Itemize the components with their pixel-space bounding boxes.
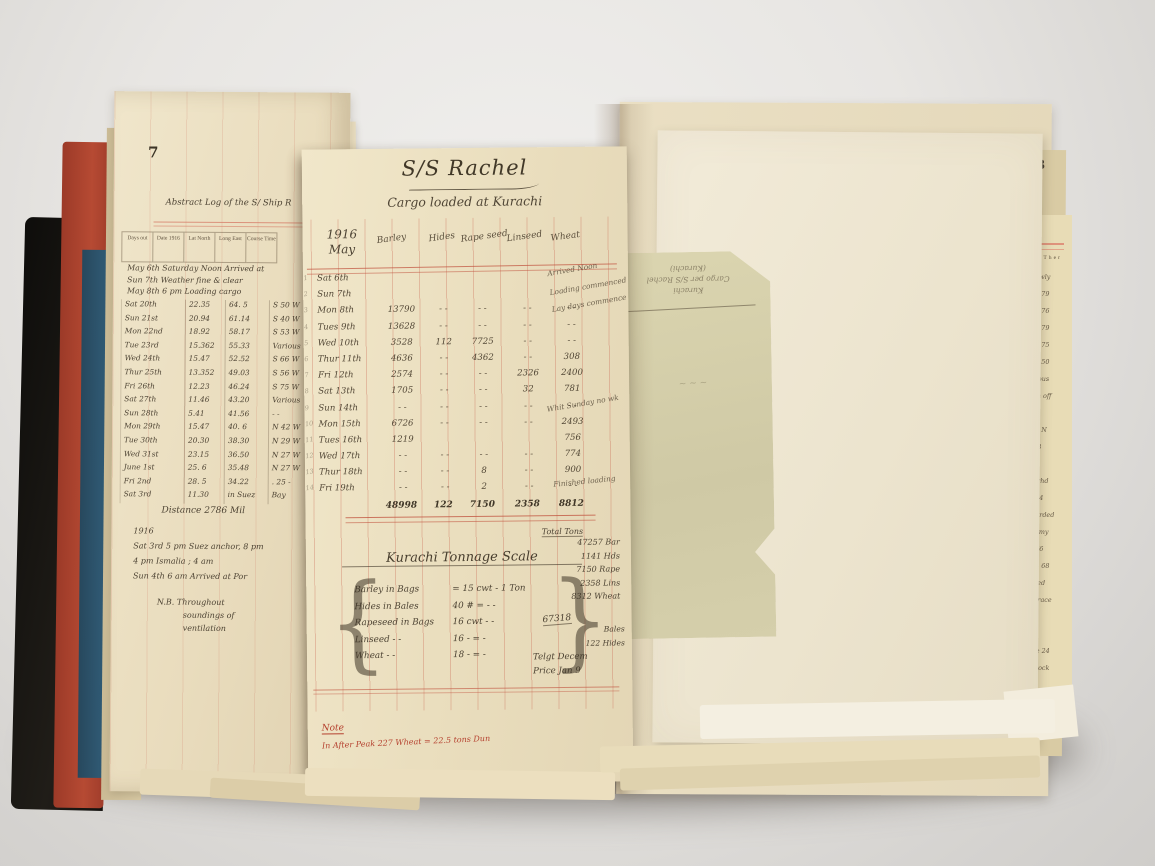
cargo-barley (375, 272, 427, 289)
cargo-hides (429, 434, 461, 451)
cargo-wheat: 756 (551, 433, 595, 450)
margin-mark: 14 (305, 483, 317, 501)
abstract-log-intro: May 6th Saturday Noon Arrived atSun 7th … (127, 263, 264, 298)
right-brace: } (550, 568, 610, 674)
cargo-rapeseed: 2 (461, 482, 507, 499)
cargo-wheat: 308 (550, 352, 594, 369)
footer-line: Sat 3rd 5 pm Suez anchor, 8 pm (133, 541, 263, 557)
log-date: Sat 20th (121, 299, 186, 313)
year: 1916 (326, 227, 357, 242)
cargo-hides: - - (429, 466, 461, 483)
log-row: Sat 3rd 11.30 in Suez Bay (120, 490, 328, 505)
log-date: June 1st (120, 462, 185, 476)
margin-mark: 2 (303, 289, 315, 307)
log-lat: 15.47 (186, 354, 226, 368)
cargo-linseed: - - (506, 336, 550, 353)
abstract-log-rows: Sat 20th 22.35 64. 5 S 50 W Sun 21st 20.… (120, 299, 329, 504)
log-long: 49.03 (225, 368, 269, 382)
log-row: Fri 2nd 28. 5 34.22 . 25 - (120, 476, 328, 491)
log-date: Tue 30th (120, 435, 185, 449)
tonnage-value: 18 - = - (453, 649, 543, 666)
page-number-7: 7 (148, 143, 159, 161)
tonnage-item: Linseed - - (355, 634, 453, 652)
tonnage-value: = 15 cwt - 1 Ton (452, 583, 542, 600)
cargo-linseed: 2326 (506, 368, 550, 385)
log-long: 52.52 (226, 354, 270, 368)
column-header: Course Time (246, 232, 277, 263)
margin-mark: 12 (305, 451, 317, 469)
log-lat: 13.352 (185, 368, 225, 382)
cargo-day: Wed 10th (316, 338, 376, 355)
tonnage-value: 16 cwt - - (453, 616, 543, 633)
tonnage-row: Wheat - - 18 - = - (355, 649, 543, 667)
cargo-wheat: - - (549, 319, 593, 336)
cargo-linseed: - - (507, 482, 551, 499)
cargo-hides (427, 272, 459, 289)
log-long: 38.30 (225, 436, 269, 450)
cargo-hides: - - (427, 304, 459, 321)
log-long: 58.17 (226, 327, 270, 341)
tonnage-row: Barley in Bags = 15 cwt - 1 Ton (354, 583, 542, 601)
log-lat: 12.23 (185, 381, 225, 395)
cargo-rapeseed (459, 288, 505, 305)
cargo-linseed: - - (505, 320, 549, 337)
margin-mark: 11 (305, 435, 317, 453)
red-note-block: Note In After Peak 227 Wheat = 22.5 tons… (322, 714, 491, 748)
totals-blank (317, 501, 375, 512)
log-date: Sun 28th (120, 408, 185, 422)
log-date: Thur 25th (120, 367, 185, 381)
nb-line: soundings of (183, 611, 235, 624)
cargo-hides (427, 288, 459, 305)
footer-line: 4 pm Ismalia ; 4 am (133, 556, 263, 572)
cargo-rapeseed: - - (460, 417, 506, 434)
margin-mark: 9 (304, 402, 316, 420)
cargo-hides: - - (428, 353, 460, 370)
cargo-subtitle: Cargo loaded at Kurachi (302, 192, 627, 210)
log-date: Sun 21st (121, 313, 186, 327)
cargo-rapeseed: - - (460, 369, 506, 386)
year-month-label: 1916 May (326, 227, 357, 257)
cargo-hides: - - (428, 369, 460, 386)
cargo-day: Wed 17th (317, 451, 377, 468)
cargo-rapeseed: - - (460, 401, 506, 418)
log-lat: 28. 5 (185, 476, 225, 490)
margin-mark: 8 (304, 386, 316, 404)
margin-mark: 1 (303, 273, 315, 291)
intro-line: May 6th Saturday Noon Arrived at (127, 263, 264, 275)
cargo-rapeseed: 8 (461, 466, 507, 483)
note-body: In After Peak 227 Wheat = 22.5 tons Dun (322, 734, 491, 751)
footer-line: Sun 4th 6 am Arrived at Por (133, 571, 263, 587)
cargo-day: Sun 7th (315, 289, 375, 306)
total-barley: 48998 (375, 500, 427, 511)
log-long: 43.20 (225, 395, 269, 409)
nb-note: N.B. Throughoutsoundings ofventilation (157, 597, 235, 637)
cargo-barley: 4636 (376, 353, 428, 370)
log-lat: 5.41 (185, 408, 225, 422)
cargo-hides: - - (429, 418, 461, 435)
cargo-wheat: - - (550, 335, 594, 352)
log-row: Mon 29th 15.47 40. 6 N 42 W (120, 422, 328, 437)
log-row: Wed 24th 15.47 52.52 S 66 W (121, 354, 329, 369)
cargo-rapeseed: 7725 (460, 336, 506, 353)
cargo-linseed: - - (507, 465, 551, 482)
cargo-rapeseed: - - (459, 304, 505, 321)
cargo-hides: - - (429, 450, 461, 467)
log-long: 61.14 (226, 314, 270, 328)
voyage-footer-notes: Distance 2786 Mil1916Sat 3rd 5 pm Suez a… (133, 505, 264, 587)
cargo-linseed: - - (505, 304, 549, 321)
cargo-hides: - - (428, 385, 460, 402)
margin-mark: 10 (304, 419, 316, 437)
cargo-day: Sat 6th (315, 273, 375, 290)
abstract-log-column-headers: Days outDate 1916Lat NorthLong EastCours… (121, 231, 277, 263)
log-date: Fri 26th (120, 381, 185, 395)
log-date: Tue 23rd (121, 340, 186, 354)
summary-heading: Total Tons (542, 527, 584, 537)
log-row: Tue 30th 20.30 38.30 N 29 W (120, 435, 328, 450)
cargo-day: Thur 11th (316, 354, 376, 371)
cargo-barley: - - (376, 402, 428, 419)
cargo-linseed: - - (507, 449, 551, 466)
log-long: 41.56 (225, 409, 269, 423)
cargo-day: Fri 19th (317, 483, 377, 500)
margin-mark: 7 (304, 370, 316, 388)
total-linseed: 2358 (505, 499, 549, 509)
column-header: Days out (121, 231, 153, 262)
cargo-day: Sat 13th (316, 386, 376, 403)
log-lat: 20.94 (186, 313, 226, 327)
footer-line: 1916 (133, 526, 263, 542)
log-long: in Suez (225, 490, 269, 504)
margin-mark: 13 (305, 467, 317, 485)
log-lat: 22.35 (186, 300, 226, 314)
cargo-barley: 13628 (375, 321, 427, 338)
cargo-barley: - - (377, 483, 429, 500)
log-lat: 25. 6 (185, 463, 225, 477)
column-header: Long East (215, 232, 246, 263)
log-lat: 23.15 (185, 449, 225, 463)
intro-line: Sun 7th Weather fine & clear (127, 275, 264, 287)
cargo-ledger-sheet: S/S Rachel Cargo loaded at Kurachi 1916 … (302, 146, 634, 784)
cargo-barley: 6726 (377, 418, 429, 435)
tonnage-item: Wheat - - (355, 650, 453, 668)
margin-mark: 5 (304, 338, 316, 356)
cargo-hides: - - (427, 321, 459, 338)
margin-mark: 6 (304, 354, 316, 372)
cargo-day: Mon 8th (315, 305, 375, 322)
tonnage-item: Hides in Bales (354, 601, 452, 619)
cargo-rapeseed: - - (460, 385, 506, 402)
photo-of-ship-logbook: 8 Bar Ther m S.wly0.23 790.18 767.16 797… (0, 0, 1155, 866)
tonnage-value: 16 - = - (453, 633, 543, 650)
cargo-rapeseed: - - (459, 320, 505, 337)
log-row: Wed 31st 23.15 36.50 N 27 W (120, 449, 328, 464)
log-row: Tue 23rd 15.362 55.33 Various (121, 340, 329, 355)
log-row: Mon 22nd 18.92 58.17 S 53 W (121, 326, 329, 341)
cargo-barley (375, 289, 427, 306)
cargo-day: Tues 9th (315, 322, 375, 339)
tonnage-value: 40 # = - - (452, 600, 542, 617)
margin-mark: 3 (303, 305, 315, 323)
log-long: 55.33 (226, 341, 270, 355)
cargo-hides: - - (428, 402, 460, 419)
footer-line: Distance 2786 Mil (161, 506, 263, 522)
log-date: Wed 31st (120, 449, 185, 463)
cargo-wheat: 774 (551, 449, 595, 466)
month: May (327, 242, 358, 257)
torn-edge (305, 768, 615, 800)
cargo-linseed (505, 287, 549, 304)
cargo-barley: 3528 (376, 337, 428, 354)
log-long: 64. 5 (226, 300, 270, 314)
log-long: 35.48 (225, 463, 269, 477)
log-date: Fri 2nd (120, 476, 185, 490)
abstract-log-header: Abstract Log of the S/ Ship R (166, 198, 292, 209)
cargo-barley: 13790 (375, 305, 427, 322)
cargo-hides: - - (429, 483, 461, 500)
cargo-day: Thur 18th (317, 467, 377, 484)
cargo-barley: - - (377, 467, 429, 484)
log-lat: 11.30 (185, 490, 225, 504)
tonnage-scale-lines: Barley in Bags = 15 cwt - 1 Ton Hides in… (354, 583, 543, 667)
log-date: Wed 24th (121, 354, 186, 368)
log-row: Thur 25th 13.352 49.03 S 56 W (120, 367, 328, 382)
column-header: Lat North (184, 232, 215, 263)
cargo-linseed: 32 (506, 384, 550, 401)
total-hides: 122 (427, 500, 459, 510)
log-row: Fri 26th 12.23 46.24 S 75 W (120, 381, 328, 396)
log-date: Mon 29th (120, 422, 185, 436)
log-long: 46.24 (225, 382, 269, 396)
title-flourish-underline (409, 183, 540, 190)
cargo-linseed (505, 271, 549, 288)
column-header: Date 1916 (153, 231, 184, 262)
log-row: Sat 20th 22.35 64. 5 S 50 W (121, 299, 329, 314)
cargo-day: Tues 16th (317, 435, 377, 452)
log-lat: 18.92 (186, 327, 226, 341)
cargo-rapeseed: - - (461, 450, 507, 467)
cargo-linseed: - - (506, 352, 550, 369)
cargo-day: Sun 14th (316, 402, 376, 419)
tonnage-row: Linseed - - 16 - = - (355, 633, 543, 651)
cargo-linseed (507, 433, 551, 450)
cargo-linseed: - - (506, 417, 550, 434)
cargo-day: Fri 12th (316, 370, 376, 387)
cargo-hides: 112 (428, 337, 460, 354)
note-heading: Note (322, 723, 344, 734)
tonnage-item: Barley in Bags (354, 584, 452, 602)
tonnage-row: Hides in Bales 40 # = - - (354, 600, 542, 618)
cargo-barley: 2574 (376, 370, 428, 387)
intro-line: May 8th 6 pm Loading cargo (127, 286, 264, 298)
log-lat: 15.47 (185, 422, 225, 436)
log-date: Sat 3rd (120, 490, 185, 504)
cargo-wheat: 2493 (550, 416, 594, 433)
cargo-rapeseed: 4362 (460, 353, 506, 370)
log-row: Sat 27th 11.46 43.20 Various (120, 394, 328, 409)
cargo-barley: - - (377, 450, 429, 467)
cargo-wheat: 2400 (550, 368, 594, 385)
cargo-barley: 1219 (377, 434, 429, 451)
log-long: 36.50 (225, 449, 269, 463)
margin-mark: 4 (303, 322, 315, 340)
log-long: 40. 6 (225, 422, 269, 436)
log-long: 34.22 (225, 477, 269, 491)
page-bottom-edge (700, 699, 1056, 739)
log-row: Sun 21st 20.94 61.14 S 40 W (121, 313, 329, 328)
ship-title: S/S Rachel (302, 154, 627, 181)
tonnage-row: Rapeseed in Bags 16 cwt - - (355, 616, 543, 634)
nb-line: N.B. Throughout (157, 597, 235, 611)
log-lat: 20.30 (185, 436, 225, 450)
log-date: Mon 22nd (121, 326, 186, 340)
total-wheat: 8812 (549, 499, 593, 509)
log-row: June 1st 25. 6 35.48 N 27 W (120, 462, 328, 477)
cargo-linseed: - - (506, 401, 550, 418)
tonnage-item: Rapeseed in Bags (355, 617, 453, 635)
log-lat: 11.46 (185, 395, 225, 409)
log-lat: 15.362 (186, 340, 226, 354)
total-rapeseed: 7150 (459, 500, 505, 510)
log-row: Sun 28th 5.41 41.56 - - (120, 408, 328, 423)
commodity-headers: Barley Hides Rape seed Linseed Wheat (377, 231, 595, 243)
cargo-rapeseed (461, 433, 507, 450)
log-date: Sat 27th (120, 394, 185, 408)
cargo-barley: 1705 (376, 386, 428, 403)
cargo-rapeseed (459, 272, 505, 289)
cargo-day: Mon 15th (317, 419, 377, 436)
nb-line: ventilation (183, 624, 235, 637)
